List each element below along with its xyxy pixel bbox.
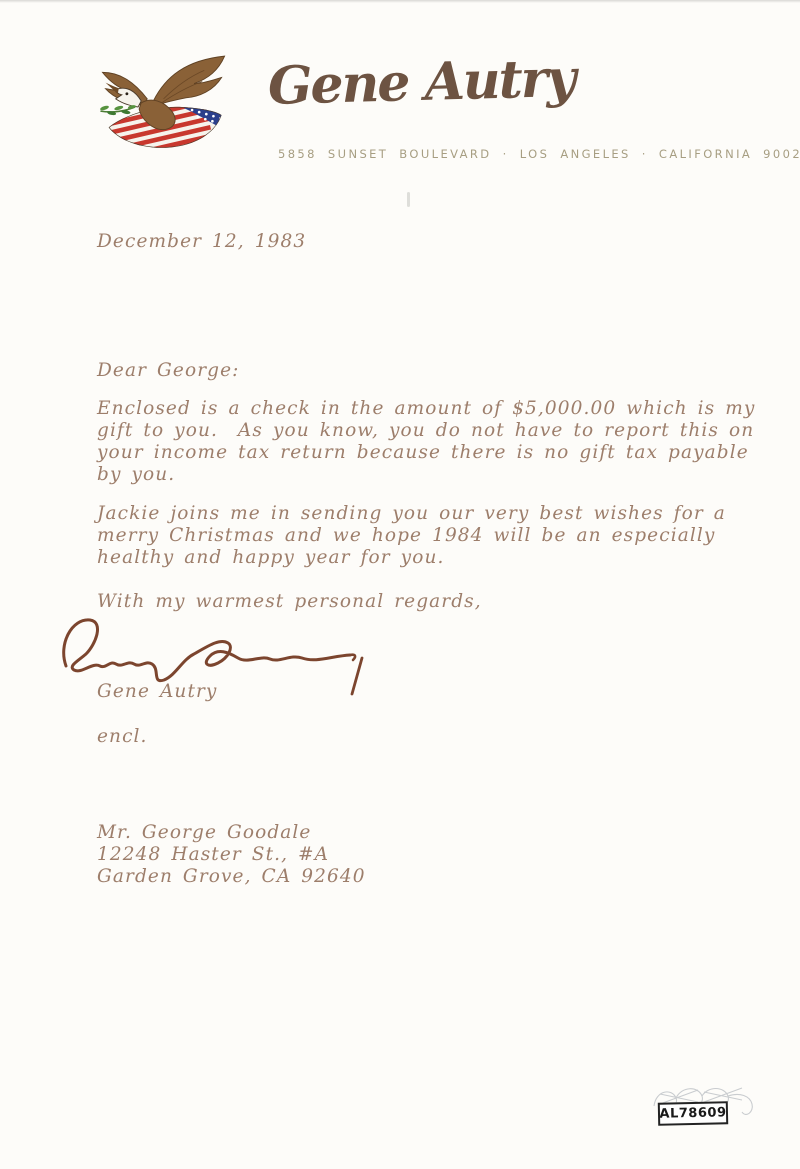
body-paragraph-2: Jackie joins me in sending you our very … bbox=[97, 503, 726, 569]
letterhead-address-line: 5858 SUNSET BOULEVARD · LOS ANGELES · CA… bbox=[278, 147, 800, 161]
serial-number-box: AL78609 bbox=[658, 1101, 728, 1125]
letterhead-brand-script: Gene Autry bbox=[267, 48, 568, 117]
eagle-flag-shield-logo-icon bbox=[92, 50, 230, 164]
letter-date: December 12, 1983 bbox=[97, 231, 306, 253]
body-paragraph-1: Enclosed is a check in the amount of $5,… bbox=[97, 398, 755, 486]
enclosure-note: encl. bbox=[97, 726, 148, 748]
scanned-letter-page: Gene Autry 5858 SUNSET BOULEVARD · LOS A… bbox=[0, 0, 800, 1169]
recipient-address-block: Mr. George Goodale 12248 Haster St., #A … bbox=[97, 822, 366, 888]
typed-signature-name: Gene Autry bbox=[97, 681, 217, 703]
scan-artifact-mark bbox=[407, 192, 410, 207]
serial-number: AL78609 bbox=[659, 1105, 726, 1121]
salutation: Dear George: bbox=[97, 360, 239, 382]
authentication-sticker: AL78609 bbox=[646, 1076, 800, 1168]
